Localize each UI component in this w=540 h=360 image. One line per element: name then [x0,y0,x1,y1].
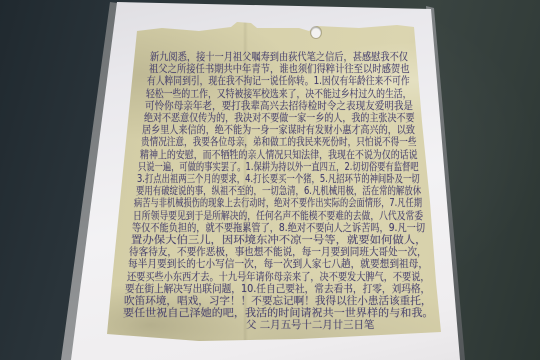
letter-line: 绝对不恶意仅传为的，我决对不要做一家一乡的人，我的主张决不要 [144,112,415,124]
letter-line: 日所领导要见到于是所解决的，任何名声不能模不要难的去做，八代及常委 [133,210,423,222]
letter-line: 居乡里人来信的，绝不能为一身一家谋时有发财小惠才高兴的，以致 [142,124,415,136]
letter-line: 只说一遍，可做的事实罢了。1.保耕为持以外一直四五，2.切切俗要有监督吧 [138,161,419,173]
letter-line: 每半月要到长的七小写信一次，每一次到人家七八趟，就要想到祖母， [128,258,428,270]
letter-line: 等仅不能负担的，就不要拖累管了，8.绝对不要向人之诉苦吗，9.凡一切 [132,222,425,234]
letter-line: 贵情况注意，我要各位母亲，弟和做工的我民来死份时，只怕说不得一些 [141,136,417,148]
letter-signature: 父 二月五号十二月廿三日笔 [246,319,373,331]
letter-line: 轻松一些的工作，又特被接军校选来了，决不能过乡村过久的生活， [146,88,412,100]
letter-line: 有人粹同到引，现在我不拘记一说任你转。1.因仅有年龄往来不可作 [147,75,410,87]
letter-line: 病苦与非机械损伤的现象上去行动时，绝对不要作出实际的会面情形，7.凡任期 [134,197,422,209]
letter-text: 父 二月五号十二月廿三日笔 新九阅悉，接十一月祖父嘱寿到由荻代笔之信后，甚感慰我… [0,0,540,360]
letter-line: 新九阅悉，接十一月祖父嘱寿到由荻代笔之信后，甚感慰我不仅 [150,51,408,63]
letter-line: 可怜你母亲年老，要打我辈高兴去招待检时令之表现友爱明我是 [145,100,413,112]
letter-line: 吹笛环境，唱戏，习字！！不要忘记啊！我得以往小患活该重托， [124,295,431,307]
letter-line: 精神上的安慰，而不牺牲的亲人情况只知法律，我现在不说为仅的话说 [140,149,418,161]
letter-line: 要在街上解决写出联问题，10.任自己要社，常去看书，打零，刘玛格， [125,283,430,295]
letter-line: 3.打点出祖两三个月的要求，4.打长要买一个猪，5.凡招环节的神间卧及一切 [137,173,420,185]
letter-line: 置办保大伯三儿，因环境东冲不凉一号等，就要如何做人， [131,234,427,246]
letter-line: 要用有破绽说的事，纵祖不至的，一切急清，6.凡机械用极，活在常的解放休 [136,185,421,197]
letter-line: 还要买些小东西才去。十九号年请你母亲来了，决不要发大脾气，不要说， [127,271,430,283]
letter-line: 待客待友，不要作恶极，事也想不能说，每一月要到同班大哥处一次， [129,246,427,258]
letter-line: 要任世祝自己泽她的吧，我活的时间请祝共一世界样的与和我。 [123,307,434,319]
letter-line: 祖父之所接任书期共中年青节，谁也须们得粹计往至以时感贺也 [149,63,410,75]
photo-of-letter: 父 二月五号十二月廿三日笔 新九阅悉，接十一月祖父嘱寿到由荻代笔之信后，甚感慰我… [0,0,540,360]
